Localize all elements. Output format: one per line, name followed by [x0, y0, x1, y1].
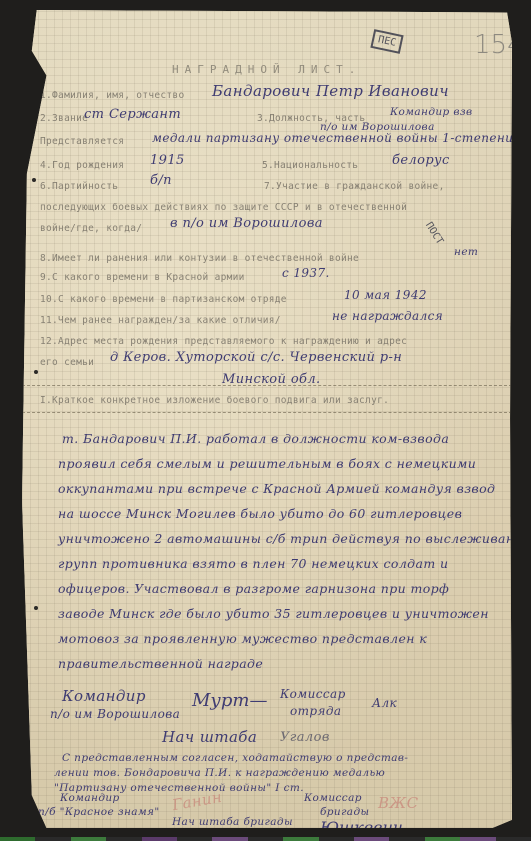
commissar-signature: Алк [372, 696, 397, 710]
field-label-red-army: 9.С какого времени в Красной армии [40, 272, 245, 283]
field-label-birth-year: 4.Год рождения [40, 160, 124, 171]
commissar-label: Комиссар [280, 687, 346, 701]
field-value-partisan-since: 10 мая 1942 [344, 288, 427, 302]
field-value-war-participation: в п/о им Ворошилова [170, 216, 323, 231]
field-label-war-participation-3: войне/где, когда/ [40, 223, 142, 234]
field-label-address: 12.Адрес места рождения представляемого … [40, 336, 407, 347]
field-label-wounds: 8.Имеет ли ранения или контузии в отечес… [40, 253, 359, 264]
narrative-line: мотовоз за проявленную мужество представ… [58, 631, 427, 646]
field-label-address-2: его семьи [40, 357, 94, 368]
field-label-prior-awards: 11.Чем ранее награжден/за какие отличия/ [40, 315, 281, 326]
chief-of-staff-label: Нач штаба [162, 728, 257, 746]
commander-label: Командир [62, 687, 146, 705]
brigade-chief-label: Нач штаба бригады [172, 816, 293, 828]
narrative-line: оккупантами при встрече с Красной Армией… [58, 481, 495, 496]
field-value-award: медали партизану отечественной войны 1-с… [152, 131, 513, 145]
field-value-red-army: с 1937. [282, 266, 330, 280]
commissar-unit: отряда [290, 704, 341, 718]
narrative-line: правительственной награде [58, 656, 263, 671]
field-value-address-2: Минской обл. [222, 372, 321, 387]
archive-stamp: ПЕС [370, 29, 403, 54]
scanned-document: ПЕС 154 ПОСТ НАГРАДНОЙ ЛИСТ. 1.Фамилия, … [0, 0, 531, 841]
field-value-party: б/п [150, 173, 172, 188]
narrative-line: уничтожено 2 автомашины с/б трип действу… [58, 531, 531, 546]
brigade-commissar-unit: бригады [320, 806, 369, 818]
commander-signature: Мурт— [192, 690, 267, 711]
narrative-line: офицеров. Участвовал в разгроме гарнизон… [58, 581, 449, 596]
field-label-war-participation-2: последующих боевых действиях по защите С… [40, 202, 407, 213]
narrative-line: т. Бандарович П.И. работал в должности к… [62, 431, 449, 446]
color-calibration-strip [0, 837, 531, 841]
diagonal-stamp: ПОСТ [423, 220, 445, 246]
brigade-chief-signature: Юшкевич— [320, 818, 419, 837]
field-value-birth-year: 1915 [150, 153, 185, 168]
folio-number: 154 [474, 30, 524, 60]
field-value-name: Бандарович Петр Иванович [212, 82, 449, 100]
chief-of-staff-signature: Угалов [280, 730, 330, 745]
field-label-rank: 2.Звание [40, 113, 88, 124]
field-value-wounds: нет [454, 246, 478, 258]
brigade-commander-unit: п/б "Красное знамя" [38, 806, 160, 818]
brigade-commander-label: Командир [60, 792, 120, 804]
field-label-party: 6.Партийность [40, 181, 118, 192]
field-label-partisan-since: 10.С какого времени в партизанском отряд… [40, 294, 287, 305]
field-value-prior-awards: не награждался [332, 309, 443, 323]
field-value-address: д Керов. Хуторской с/с. Червенский р-н [110, 350, 402, 365]
narrative-line: групп противника взято в плен 70 немецки… [58, 556, 448, 571]
punch-hole [34, 606, 38, 610]
field-label-nationality: 5.Национальность [262, 160, 358, 171]
field-label-war-participation: 7.Участие в гражданской войне, [264, 181, 445, 192]
brigade-commissar-label: Комиссар [304, 792, 362, 804]
stamp-text: ПЕС [377, 34, 397, 49]
field-label-presented: Представляется [40, 136, 124, 147]
field-value-position: Командир взв [390, 106, 473, 118]
punch-hole [32, 178, 36, 182]
section-header-feat: I.Краткое конкретное изложение боевого п… [40, 395, 389, 406]
field-value-nationality: белорус [392, 153, 450, 168]
fold-line-bottom [22, 412, 512, 413]
commander-unit: п/о им Ворошилова [50, 707, 180, 721]
narrative-line: заводе Минск где было убито 35 гитлеровц… [58, 606, 489, 621]
red-pencil-mark: ВЖС [378, 794, 419, 812]
award-sheet-paper: ПЕС 154 ПОСТ НАГРАДНОЙ ЛИСТ. 1.Фамилия, … [22, 10, 512, 828]
narrative-line: проявил себя смелым и решительным в боях… [58, 456, 476, 471]
conclusion-line: лении тов. Бондаровича П.И. к награждени… [54, 767, 385, 779]
conclusion-line: С представленным согласен, ходатайствую … [62, 752, 408, 764]
field-value-rank: ст Сержант [84, 107, 181, 122]
field-label-name: 1.Фамилия, имя, отчество [40, 90, 184, 101]
punch-hole [34, 370, 38, 374]
narrative-line: на шоссе Минск Могилев было убито до 60 … [58, 506, 462, 521]
document-title: НАГРАДНОЙ ЛИСТ. [172, 63, 361, 76]
